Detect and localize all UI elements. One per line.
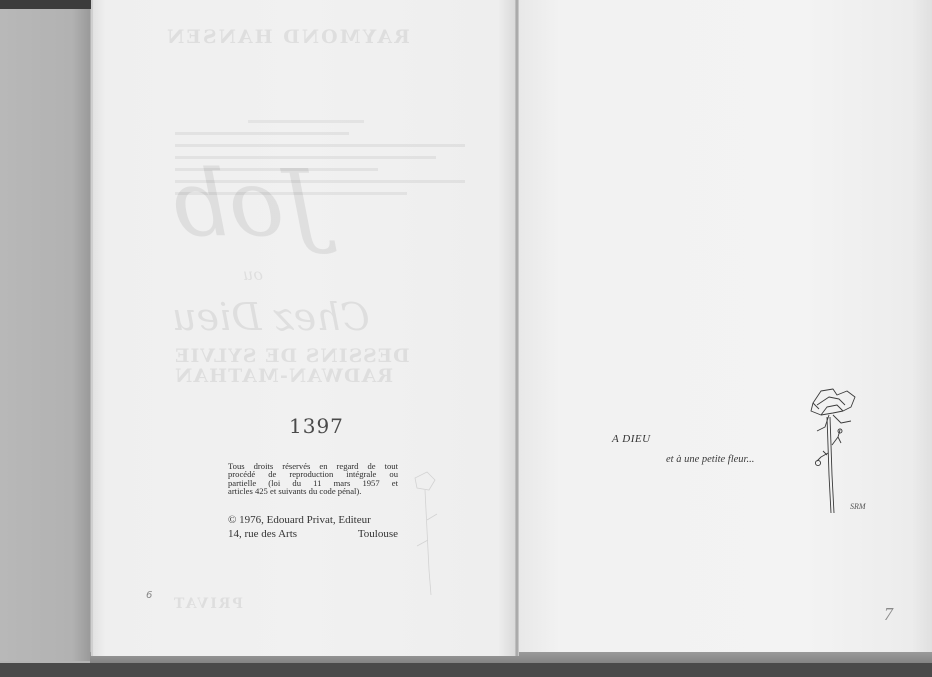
artist-initials: SRM bbox=[850, 502, 866, 511]
handwritten-page-number: 7 bbox=[884, 604, 893, 625]
rights-notice: Tous droits réservés en regard de tout p… bbox=[228, 462, 398, 496]
copyright-block: © 1976, Edouard Privat, Editeur 14, rue … bbox=[228, 513, 398, 541]
address-city: Toulouse bbox=[358, 527, 398, 541]
right-page bbox=[519, 0, 932, 652]
show-through-title: Job bbox=[170, 150, 321, 257]
rose-icon bbox=[803, 385, 873, 520]
show-through-sketch-icon bbox=[405, 470, 445, 600]
show-through-conjunction: ou bbox=[243, 265, 263, 284]
scanner-bottom-edge bbox=[0, 663, 932, 677]
copyright-line: © 1976, Edouard Privat, Editeur bbox=[228, 513, 398, 527]
dedication-title: A DIEU bbox=[612, 433, 651, 445]
show-through-publisher: PRIVAT bbox=[172, 596, 243, 612]
show-through-author: RAYMOND HANSEN bbox=[165, 26, 410, 48]
dedication-subtitle: et à une petite fleur... bbox=[666, 454, 754, 465]
publisher-address: 14, rue des Arts Toulouse bbox=[228, 527, 398, 541]
show-through-subtitle: Chez Dieu bbox=[172, 295, 370, 339]
rights-line: articles 425 et suivants du code pénal). bbox=[228, 487, 398, 495]
show-through-illustrator-line2: RADWAN-MATHAN bbox=[174, 365, 393, 387]
edition-number: 1397 bbox=[289, 414, 344, 438]
show-through-illustrator-line1: DESSINS DE SYLVIE bbox=[174, 345, 410, 367]
scanner-background bbox=[0, 9, 90, 661]
handwritten-mark: 6 bbox=[146, 590, 152, 601]
address-street: 14, rue des Arts bbox=[228, 527, 297, 541]
